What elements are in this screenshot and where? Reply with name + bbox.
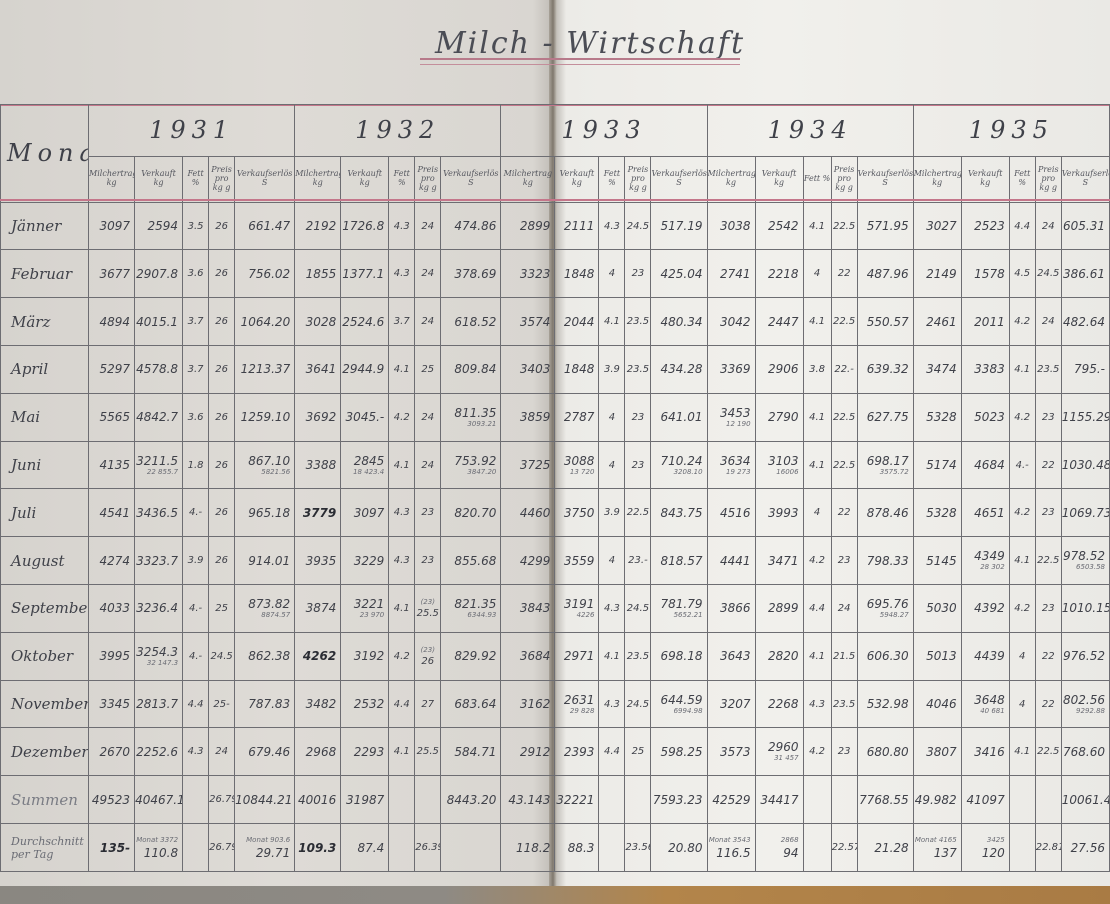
cell-value: 2670	[100, 745, 131, 759]
cell-value: 22	[1042, 651, 1055, 662]
margin-note: 3425	[962, 836, 1005, 845]
cell-value: 855.68	[454, 554, 496, 568]
cell-value: 49.982	[915, 793, 957, 807]
cell-sold-1932: 1726.8	[341, 202, 389, 250]
cell-value: 3750	[564, 506, 595, 520]
margin-note: 12 190	[708, 420, 751, 429]
cell-sold-1931: 2907.8	[135, 250, 183, 298]
cell-milk-1931: 4894	[89, 298, 135, 346]
cell-fat-1934: 4.4	[803, 585, 831, 633]
cell-sold-1935: 4684	[961, 441, 1009, 489]
cell-sold-1934: 2542	[755, 202, 803, 250]
cell-fat-1935: 4	[1009, 680, 1035, 728]
cell-sold-1933: 2787	[555, 393, 599, 441]
cell-value: 1213.37	[241, 362, 291, 376]
cell-milk-1932: 40016	[295, 776, 341, 824]
cell-value: 22.5	[1037, 746, 1059, 757]
column-header-row: Milchertrag kgVerkauft kgFett %Preis pro…	[1, 156, 1110, 202]
cell-price-1931: 26	[209, 202, 235, 250]
cell-value: 4439	[974, 649, 1005, 663]
cell-milk-1934: Monat 3543116.5	[707, 824, 755, 872]
cell-revenue-1932: 753.923847.20	[441, 441, 501, 489]
cell-value: 3559	[564, 554, 595, 568]
cell-price-1933: 23.-	[625, 537, 651, 585]
cell-value: 26.79	[209, 794, 235, 805]
cell-value: 818.57	[661, 554, 703, 568]
cell-sold-1933: 3559	[555, 537, 599, 585]
cell-fat-1933: 3.9	[599, 346, 625, 394]
cell-value: 781.79	[661, 597, 703, 611]
month-label: März	[1, 298, 89, 346]
cell-value: 109.3	[298, 841, 336, 855]
table-row: September40333236.44.-25873.828874.57387…	[1, 585, 1110, 633]
margin-note: 8874.57	[235, 611, 290, 620]
cell-milk-1933: 3859	[501, 393, 555, 441]
cell-sold-1933: 1848	[555, 250, 599, 298]
cell-value: 3097	[100, 219, 131, 233]
cell-value: 5328	[926, 506, 957, 520]
cell-value: 4349	[974, 549, 1005, 563]
cell-milk-1931: 5297	[89, 346, 135, 394]
cell-value: 25	[215, 603, 228, 614]
cell-revenue-1933: 698.18	[651, 632, 707, 680]
cell-value: 710.24	[661, 454, 703, 468]
cell-value: 3045.-	[346, 410, 385, 424]
column-header-revenue-1935: Verkaufserlös S	[1061, 156, 1109, 202]
margin-note: 16006	[756, 468, 799, 477]
cell-value: 5013	[926, 649, 957, 663]
year-header-row: Monat 1931 1932 1933 1934 1935	[1, 105, 1110, 157]
margin-note: 5652.21	[651, 611, 702, 620]
cell-value: 22	[1042, 699, 1055, 710]
cell-value: 3323	[520, 267, 551, 281]
cell-value: 2944.9	[342, 362, 384, 376]
cell-value: 2044	[564, 315, 595, 329]
cell-value: 4.1	[394, 460, 410, 471]
cell-value: 23	[632, 460, 645, 471]
cell-revenue-1935: 482.64	[1061, 298, 1109, 346]
cell-price-1933: 23.5	[625, 298, 651, 346]
cell-revenue-1931: 914.01	[235, 537, 295, 585]
table-row: Februar36772907.83.626756.0218551377.14.…	[1, 250, 1110, 298]
cell-value: 867.10	[248, 454, 290, 468]
cell-sold-1935: 3416	[961, 728, 1009, 776]
cell-value: 26	[215, 316, 228, 327]
column-header-fat-1935: Fett %	[1009, 156, 1035, 202]
margin-note: 18 423.4	[341, 468, 384, 477]
cell-value: 517.19	[661, 219, 703, 233]
cell-milk-1935: 3807	[913, 728, 961, 776]
cell-fat-1933: 4.3	[599, 585, 625, 633]
cell-fat-1934: 4.1	[803, 393, 831, 441]
cell-value: 26.79	[209, 842, 235, 853]
cell-revenue-1934: 606.30	[857, 632, 913, 680]
cell-sold-1935: 4439	[961, 632, 1009, 680]
cell-sold-1934: 3471	[755, 537, 803, 585]
cell-milk-1935: 4046	[913, 680, 961, 728]
cell-fat-1931: 4.4	[183, 680, 209, 728]
cell-fat-1934: 4	[803, 250, 831, 298]
cell-sold-1935: 2523	[961, 202, 1009, 250]
cell-value: 618.52	[454, 315, 496, 329]
cell-fat-1935: 4.2	[1009, 585, 1035, 633]
month-label: November	[1, 680, 89, 728]
header-red-rule	[0, 199, 1110, 201]
cell-fat-1931: 3.6	[183, 250, 209, 298]
column-header-price-1935: Preis pro kg g	[1035, 156, 1061, 202]
cell-value: 3436.5	[136, 506, 178, 520]
cell-fat-1931: 1.8	[183, 441, 209, 489]
margin-note: Monat 903.6	[235, 836, 290, 845]
cell-value: 26	[215, 364, 228, 375]
cell-value: 4	[814, 268, 820, 279]
cell-value: 4.3	[394, 221, 410, 232]
month-label: Summen	[1, 776, 89, 824]
cell-value: 550.57	[867, 315, 909, 329]
cell-value: 4.4	[809, 603, 825, 614]
cell-value: 4.3	[604, 603, 620, 614]
cell-sold-1932: 31987	[341, 776, 389, 824]
cell-value: 4	[609, 412, 615, 423]
cell-value: 26.39	[415, 842, 441, 853]
cell-revenue-1934: 695.765948.27	[857, 585, 913, 633]
cell-revenue-1932: 8443.20	[441, 776, 501, 824]
cell-value: 2149	[926, 267, 957, 281]
cell-milk-1935: 5328	[913, 489, 961, 537]
cell-price-1931: 26	[209, 250, 235, 298]
cell-value: 94	[783, 846, 798, 860]
cell-price-1931: 26	[209, 489, 235, 537]
cell-value: 3453	[720, 406, 751, 420]
cell-value: 474.86	[454, 219, 496, 233]
cell-price-1932: 26.39	[415, 824, 441, 872]
cell-price-1932: 25.5	[415, 728, 441, 776]
cell-sold-1932: 3045.-	[341, 393, 389, 441]
cell-revenue-1935: 768.60	[1061, 728, 1109, 776]
cell-fat-1933: 4	[599, 441, 625, 489]
cell-value: 3211.5	[136, 454, 178, 468]
cell-value: 639.32	[867, 362, 909, 376]
cell-price-1931: 24	[209, 728, 235, 776]
cell-revenue-1933: 710.243208.10	[651, 441, 707, 489]
cell-value: 2542	[768, 219, 799, 233]
cell-value: 3369	[720, 362, 751, 376]
cell-value: 20.80	[668, 841, 702, 855]
cell-value: 22	[838, 507, 851, 518]
cell-revenue-1933: 781.795652.21	[651, 585, 707, 633]
cell-revenue-1935: 386.61	[1061, 250, 1109, 298]
cell-value: 4.1	[1014, 746, 1030, 757]
cell-fat-1934: 3.8	[803, 346, 831, 394]
cell-price-1932: (23)25.5	[415, 585, 441, 633]
cell-fat-1934: 4.1	[803, 202, 831, 250]
cell-value: 2524.6	[342, 315, 384, 329]
cell-value: 3403	[520, 362, 551, 376]
cell-price-1935: 23.5	[1035, 346, 1061, 394]
cell-value: 2532	[354, 697, 385, 711]
cell-value: 2899	[768, 601, 799, 615]
cell-value: 34417	[760, 793, 798, 807]
cell-revenue-1934: 627.75	[857, 393, 913, 441]
cell-value: 22.5	[833, 460, 855, 471]
cell-sold-1931: Monat 3372110.8	[135, 824, 183, 872]
cell-value: 2594	[148, 219, 179, 233]
cell-sold-1934: 286894	[755, 824, 803, 872]
cell-value: 87.4	[358, 841, 385, 855]
cell-revenue-1932	[441, 824, 501, 872]
cell-sold-1932: 2524.6	[341, 298, 389, 346]
cell-value: 3648	[974, 693, 1005, 707]
cell-value: 683.64	[454, 697, 496, 711]
cell-value: 2741	[720, 267, 751, 281]
cell-price-1935: 24.5	[1035, 250, 1061, 298]
cell-milk-1933: 43.143	[501, 776, 555, 824]
cell-sold-1933: 2393	[555, 728, 599, 776]
cell-fat-1932	[389, 824, 415, 872]
cell-price-1933: 24.5	[625, 585, 651, 633]
cell-sold-1933: 2111	[555, 202, 599, 250]
cell-revenue-1931: 661.47	[235, 202, 295, 250]
cell-value: 22.57	[832, 842, 858, 853]
cell-sold-1932: 3229	[341, 537, 389, 585]
cell-sold-1935: 434928 302	[961, 537, 1009, 585]
cell-value: 3474	[926, 362, 957, 376]
month-label: September	[1, 585, 89, 633]
cell-price-1933: 22.5	[625, 489, 651, 537]
cell-revenue-1931: 1213.37	[235, 346, 295, 394]
cell-fat-1931: 3.9	[183, 537, 209, 585]
column-header-revenue-1931: Verkaufserlös S	[235, 156, 295, 202]
table-row: Jänner309725943.526661.4721921726.84.324…	[1, 202, 1110, 250]
cell-fat-1932: 4.3	[389, 202, 415, 250]
cell-value: 768.60	[1063, 745, 1105, 759]
cell-value: 4.2	[809, 746, 825, 757]
cell-fat-1933	[599, 776, 625, 824]
month-label: Jänner	[1, 202, 89, 250]
cell-revenue-1934: 698.173575.72	[857, 441, 913, 489]
column-header-fat-1932: Fett %	[389, 156, 415, 202]
cell-value: 22.-	[834, 364, 854, 375]
cell-value: 3042	[720, 315, 751, 329]
cell-value: 26	[215, 460, 228, 471]
cell-sold-1932: 2293	[341, 728, 389, 776]
cell-value: 3.9	[188, 555, 204, 566]
cell-revenue-1933: 818.57	[651, 537, 707, 585]
cell-value: 22.5	[833, 316, 855, 327]
ledger-body: Jänner309725943.526661.4721921726.84.324…	[1, 202, 1110, 871]
cell-value: 2912	[520, 745, 551, 759]
cell-value: 3.7	[188, 364, 204, 375]
cell-milk-1932: 2968	[295, 728, 341, 776]
cell-revenue-1931: 1259.10	[235, 393, 295, 441]
column-header-price-1932: Preis pro kg g	[415, 156, 441, 202]
cell-milk-1934: 2741	[707, 250, 755, 298]
cell-revenue-1932: 855.68	[441, 537, 501, 585]
cell-price-1931: 26	[209, 346, 235, 394]
cell-value: 3192	[354, 649, 385, 663]
cell-milk-1935: 5145	[913, 537, 961, 585]
cell-value: 3482	[306, 697, 337, 711]
cell-value: 3323.7	[136, 554, 178, 568]
cell-revenue-1934: 571.95	[857, 202, 913, 250]
cell-revenue-1931: 679.46	[235, 728, 295, 776]
cell-milk-1932: 3692	[295, 393, 341, 441]
margin-note: 3575.72	[858, 468, 909, 477]
cell-value: 4	[814, 507, 820, 518]
year-header-1931: 1931	[89, 105, 295, 157]
cell-value: 3.6	[188, 268, 204, 279]
cell-value: 24.5	[627, 603, 649, 614]
cell-fat-1931: 4.-	[183, 489, 209, 537]
cell-value: 2906	[768, 362, 799, 376]
cell-milk-1931: 5565	[89, 393, 135, 441]
cell-milk-1935: 49.982	[913, 776, 961, 824]
cell-value: 40016	[298, 793, 336, 807]
cell-value: 4.4	[604, 746, 620, 757]
margin-note: 3208.10	[651, 468, 702, 477]
cell-price-1935	[1035, 776, 1061, 824]
cell-value: 820.70	[454, 506, 496, 520]
cell-value: 695.76	[867, 597, 909, 611]
cell-milk-1931: 4135	[89, 441, 135, 489]
cell-value: 24	[1042, 221, 1055, 232]
cell-value: 2813.7	[136, 697, 178, 711]
cell-price-1935: 23	[1035, 393, 1061, 441]
cell-value: 4.2	[809, 555, 825, 566]
cell-revenue-1934: 21.28	[857, 824, 913, 872]
cell-value: 482.64	[1063, 315, 1105, 329]
cell-value: 23.5	[627, 316, 649, 327]
cell-price-1935: 22.5	[1035, 537, 1061, 585]
cell-revenue-1935: 1030.48	[1061, 441, 1109, 489]
cell-revenue-1933: 644.596994.98	[651, 680, 707, 728]
cell-value: 23.5	[627, 651, 649, 662]
cell-fat-1935: 4.5	[1009, 250, 1035, 298]
cell-sold-1934: 2447	[755, 298, 803, 346]
cell-value: 25.5	[417, 746, 439, 757]
cell-value: 1155.29	[1062, 410, 1110, 424]
cell-fat-1933: 4.3	[599, 202, 625, 250]
table-row: Juli45413436.54.-26965.18377930974.32382…	[1, 489, 1110, 537]
cell-milk-1935: 3474	[913, 346, 961, 394]
cell-fat-1935: 4.1	[1009, 346, 1035, 394]
cell-value: 24	[421, 412, 434, 423]
cell-value: 4.1	[809, 221, 825, 232]
cell-price-1935: 22.5	[1035, 728, 1061, 776]
cell-milk-1933: 3323	[501, 250, 555, 298]
cell-milk-1934: 3573	[707, 728, 755, 776]
cell-revenue-1935: 27.56	[1061, 824, 1109, 872]
cell-value: 3162	[520, 697, 551, 711]
cell-milk-1934: 345312 190	[707, 393, 755, 441]
cell-value: 2899	[520, 219, 551, 233]
cell-value: 7768.55	[859, 793, 909, 807]
column-header-milk-1935: Milchertrag kg	[913, 156, 961, 202]
cell-milk-1932: 109.3	[295, 824, 341, 872]
cell-milk-1931: 4274	[89, 537, 135, 585]
cell-price-1932: 23	[415, 537, 441, 585]
cell-value: 24	[1042, 316, 1055, 327]
cell-sold-1933: 31914226	[555, 585, 599, 633]
cell-sold-1931: 3211.522 855.7	[135, 441, 183, 489]
cell-value: 4.5	[1014, 268, 1030, 279]
cell-revenue-1934: 532.98	[857, 680, 913, 728]
cell-revenue-1933: 7593.23	[651, 776, 707, 824]
margin-note: 32 147.3	[135, 659, 178, 668]
cell-milk-1935: 3027	[913, 202, 961, 250]
cell-value: 4.-	[189, 651, 202, 662]
table-row: März48944015.13.7261064.2030282524.63.72…	[1, 298, 1110, 346]
cell-revenue-1931: 787.83	[235, 680, 295, 728]
cell-milk-1934: 363419 273	[707, 441, 755, 489]
cell-value: 27.56	[1071, 841, 1105, 855]
cell-fat-1933: 4.1	[599, 632, 625, 680]
cell-price-1934: 22.5	[831, 298, 857, 346]
cell-milk-1931: 3345	[89, 680, 135, 728]
cell-value: 3634	[720, 454, 751, 468]
cell-sold-1933: 2971	[555, 632, 599, 680]
cell-sold-1934: 310316006	[755, 441, 803, 489]
cell-fat-1934: 4.1	[803, 632, 831, 680]
column-header-fat-1931: Fett %	[183, 156, 209, 202]
cell-revenue-1932: 378.69	[441, 250, 501, 298]
cell-value: 3725	[520, 458, 551, 472]
cell-price-1932: (23)26	[415, 632, 441, 680]
cell-milk-1933: 4460	[501, 489, 555, 537]
cell-value: 2960	[768, 740, 799, 754]
cell-value: 22	[1042, 460, 1055, 471]
cell-revenue-1934: 550.57	[857, 298, 913, 346]
cell-price-1933: 24.5	[625, 680, 651, 728]
cell-value: 23	[1042, 507, 1055, 518]
cell-milk-1933: 118.2	[501, 824, 555, 872]
cell-value: 4.1	[604, 651, 620, 662]
cell-value: 3236.4	[136, 601, 178, 615]
cell-sold-1934: 34417	[755, 776, 803, 824]
cell-value: 24.5	[627, 699, 649, 710]
cell-value: 3.5	[188, 221, 204, 232]
cell-value: 4046	[926, 697, 957, 711]
cell-value: 23	[1042, 603, 1055, 614]
cell-milk-1935: 5013	[913, 632, 961, 680]
cell-value: 26	[421, 656, 434, 667]
month-label: Dezember	[1, 728, 89, 776]
table-row: Dezember26702252.64.324679.46296822934.1…	[1, 728, 1110, 776]
cell-sold-1932: 3097	[341, 489, 389, 537]
cell-value: 2907.8	[136, 267, 178, 281]
cell-revenue-1932: 683.64	[441, 680, 501, 728]
cell-value: 23	[632, 268, 645, 279]
cell-value: 3.6	[188, 412, 204, 423]
cell-value: 1.8	[188, 460, 204, 471]
cell-sold-1935: 5023	[961, 393, 1009, 441]
cell-milk-1932: 3641	[295, 346, 341, 394]
cell-sold-1931: 4015.1	[135, 298, 183, 346]
cell-price-1932: 24	[415, 441, 441, 489]
cell-fat-1932: 4.1	[389, 441, 415, 489]
cell-price-1932: 27	[415, 680, 441, 728]
cell-sold-1935: 1578	[961, 250, 1009, 298]
cell-value: 23.5	[627, 364, 649, 375]
cell-value: 2968	[306, 745, 337, 759]
cell-value: 2790	[768, 410, 799, 424]
cell-value: 24	[838, 603, 851, 614]
cell-revenue-1932: 820.70	[441, 489, 501, 537]
cell-price-1932: 25	[415, 346, 441, 394]
margin-note: 5948.27	[858, 611, 909, 620]
cell-value: 2447	[768, 315, 799, 329]
cell-value: 3345	[100, 697, 131, 711]
